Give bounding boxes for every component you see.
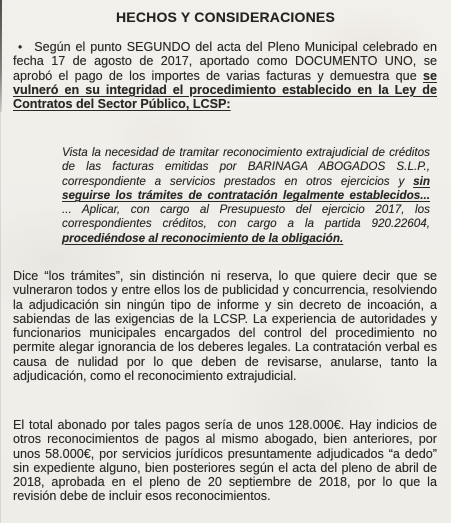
text-run: Según el punto SEGUNDO del acta del Plen… bbox=[13, 40, 437, 83]
quote-reconocimiento-extrajudicial: Vista la necesidad de tramitar reconocim… bbox=[62, 146, 430, 246]
paragraph-runs: Según el punto SEGUNDO del acta del Plen… bbox=[13, 40, 437, 111]
text-run: Vista la necesidad de tramitar reconocim… bbox=[62, 146, 430, 188]
text-run: Dice “los trámites”, sin distinción ni r… bbox=[13, 269, 437, 383]
scanned-document-page: HECHOS Y CONSIDERACIONES •Según el punto… bbox=[0, 0, 451, 523]
paragraph-total-abonado: El total abonado por tales pagos sería d… bbox=[13, 418, 437, 504]
scan-edge-line bbox=[0, 0, 1, 523]
text-run: El total abonado por tales pagos sería d… bbox=[13, 418, 437, 503]
document-title: HECHOS Y CONSIDERACIONES bbox=[0, 9, 451, 25]
paragraph-acuerdo-pleno: •Según el punto SEGUNDO del acta del Ple… bbox=[13, 40, 437, 111]
bullet-marker: • bbox=[13, 40, 34, 54]
text-run: procediéndose al reconocimiento de la ob… bbox=[62, 232, 343, 245]
text-run: ... Aplicar, con cargo al Presupuesto de… bbox=[62, 203, 430, 230]
paragraph-los-tramites: Dice “los trámites”, sin distinción ni r… bbox=[13, 269, 437, 383]
